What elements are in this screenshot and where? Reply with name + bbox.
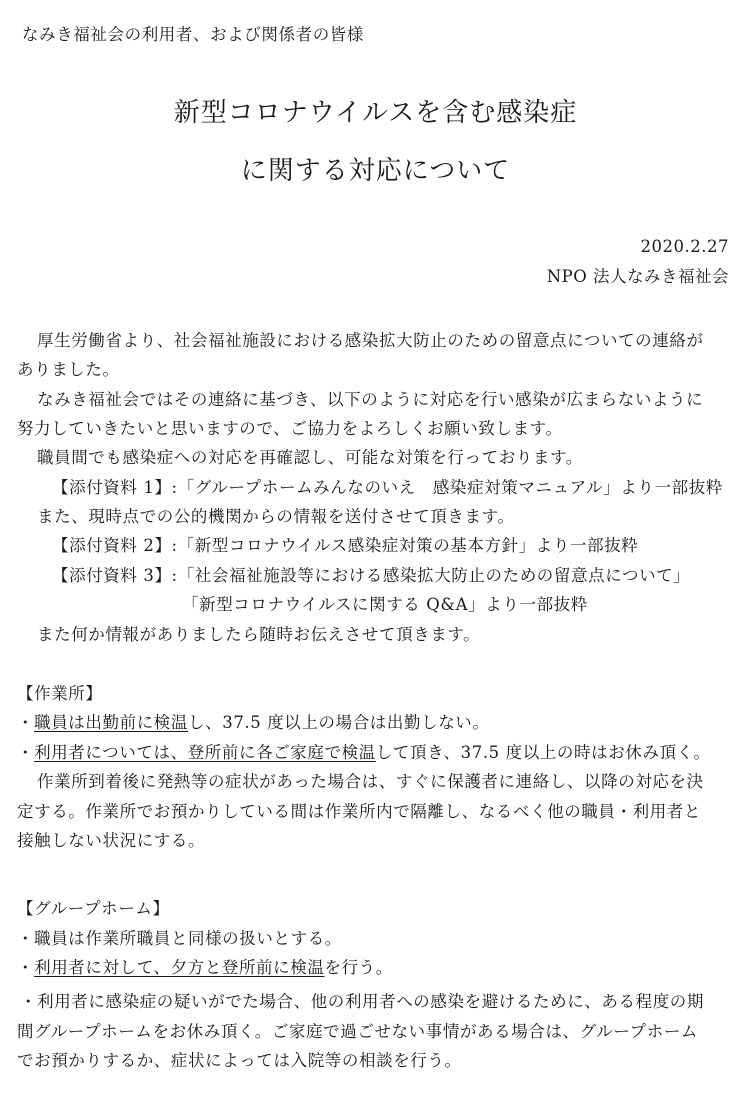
- bullet: ・: [17, 743, 34, 762]
- bullet: ・: [17, 958, 34, 977]
- intro-paragraph2-line1: なみき福祉会ではその連絡に基づき、以下のように対応を行い感染が広まらないように: [37, 389, 703, 411]
- attachment-2: 【添付資料 2】:「新型コロナウイルス感染症対策の基本方針」より一部抜粋: [52, 535, 638, 557]
- grouphome-heading: 【グループホーム】: [17, 898, 170, 920]
- grouphome-item-3-line1: ・利用者に感染症の疑いがでた場合、他の利用者への感染を避けるために、ある程度の期: [20, 991, 704, 1013]
- intro-paragraph1-line1: 厚生労働省より、社会福祉施設における感染拡大防止のための留意点についての連絡が: [37, 330, 704, 352]
- intro-paragraph2-line2: 努力していきたいと思いますので、ご協力をよろしくお願い致します。: [17, 418, 563, 440]
- workplace-paragraph-line2: 定する。作業所でお預かりしている間は作業所内で隔離し、なるべく他の職員・利用者と: [17, 801, 701, 823]
- workplace-paragraph-line1: 作業所到着後に発熱等の症状があった場合は、すぐに保護者に連絡し、以降の対応を決: [37, 771, 704, 793]
- intro-paragraph5: また何か情報がありましたら随時お伝えさせて頂きます。: [37, 624, 480, 646]
- underlined-text: 職員は出勤前に検温: [34, 713, 188, 732]
- document-date: 2020.2.27: [641, 236, 729, 258]
- organization-name: NPO 法人なみき福祉会: [547, 266, 729, 288]
- attachment-1: 【添付資料 1】:「グループホームみんなのいえ 感染症対策マニュアル」より一部抜…: [52, 477, 723, 499]
- grouphome-item-3-line2: 間グループホームをお休み頂く。ご家庭で過ごせない事情がある場合は、グループホーム: [17, 1021, 698, 1043]
- underlined-text: 利用者に対して、夕方と登所前に検温: [34, 958, 324, 977]
- grouphome-item-1: ・職員は作業所職員と同様の扱いとする。: [17, 928, 342, 950]
- item-text: し、37.5 度以上の場合は出勤しない。: [188, 713, 489, 732]
- workplace-heading: 【作業所】: [17, 683, 103, 705]
- intro-paragraph3: 職員間でも感染症への対応を再確認し、可能な対策を行っております。: [37, 447, 583, 469]
- workplace-item-2: ・利用者については、登所前に各ご家庭で検温して頂き、37.5 度以上の時はお休み…: [17, 742, 710, 764]
- item-text: して頂き、37.5 度以上の時はお休み頂く。: [376, 743, 711, 762]
- underlined-text: 利用者については、登所前に各ご家庭で検温: [34, 743, 376, 762]
- grouphome-item-3-line3: でお預かりするか、症状によっては入院等の相談を行う。: [17, 1050, 462, 1072]
- workplace-item-1: ・職員は出勤前に検温し、37.5 度以上の場合は出勤しない。: [17, 712, 490, 734]
- grouphome-item-2: ・利用者に対して、夕方と登所前に検温を行う。: [17, 957, 393, 979]
- workplace-paragraph-line3: 接触しない状況にする。: [17, 830, 205, 852]
- attachment-3-line2: 「新型コロナウイルスに関する Q&A」より一部抜粋: [182, 594, 588, 616]
- bullet: ・: [17, 713, 34, 732]
- intro-paragraph4: また、現時点での公的機関からの情報を送付させて頂きます。: [37, 506, 514, 528]
- attachment-3-line1: 【添付資料 3】:「社会福祉施設等における感染拡大防止のための留意点について」: [52, 565, 690, 587]
- item-text: を行う。: [324, 958, 392, 977]
- document-title-line2: に関する対応について: [0, 154, 751, 188]
- addressee: なみき福祉会の利用者、および関係者の皆様: [22, 24, 364, 46]
- document-title-line1: 新型コロナウイルスを含む感染症: [0, 96, 751, 130]
- intro-paragraph1-line2: ありました。: [17, 359, 120, 381]
